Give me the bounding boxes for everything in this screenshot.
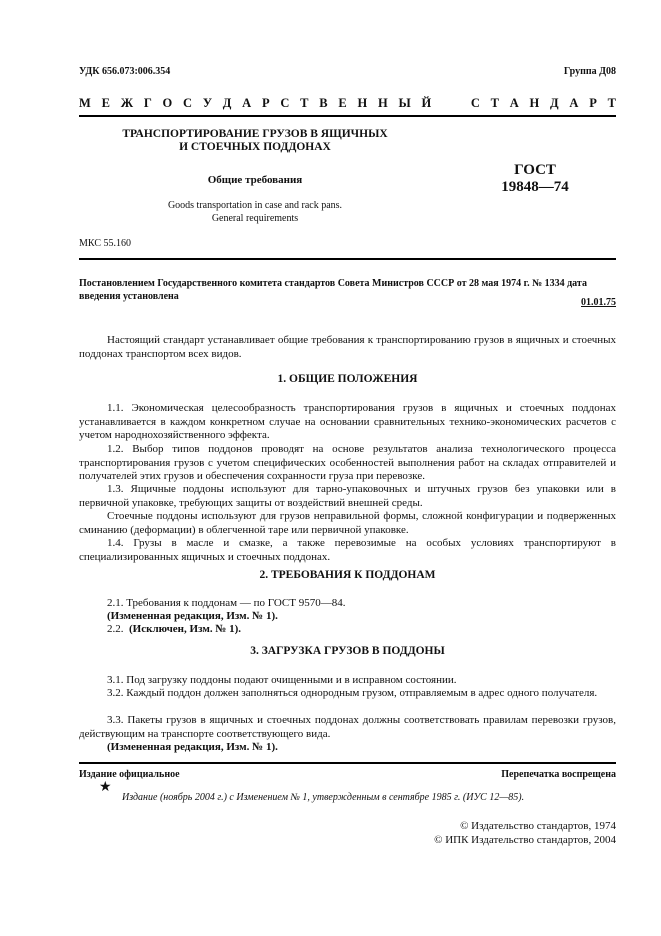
paragraph-1-2: 1.2. Выбор типов поддонов проводят на ос… bbox=[79, 443, 616, 484]
banner-letter: С bbox=[183, 96, 192, 111]
banner-letter: Й bbox=[422, 96, 432, 111]
paragraph-3-2: 3.2. Каждый поддон должен заполняться од… bbox=[79, 687, 616, 701]
footer-rule bbox=[79, 762, 616, 764]
official-edition-label: Издание официальное bbox=[79, 768, 180, 781]
paragraph-3-3: 3.3. Пакеты грузов в ящичных и стоечных … bbox=[79, 714, 616, 741]
paragraph-1-3-rack: Стоечные поддоны используют для грузов н… bbox=[79, 510, 616, 537]
banner-letter: А bbox=[242, 96, 251, 111]
title-line-1: ТРАНСПОРТИРОВАНИЕ ГРУЗОВ В ЯЩИЧНЫХ bbox=[100, 128, 410, 141]
banner-letter: Р bbox=[262, 96, 270, 111]
banner-letter: Ы bbox=[399, 96, 411, 111]
copyright-2004: © ИПК Издательство стандартов, 2004 bbox=[434, 834, 616, 848]
banner-letter: А bbox=[569, 96, 578, 111]
paragraph-1-1: 1.1. Экономическая целесообразность тран… bbox=[79, 402, 616, 443]
paragraph-2-2: 2.2. (Исключен, Изм. № 1). bbox=[107, 623, 616, 637]
banner-letter: О bbox=[163, 96, 173, 111]
banner-letter: Н bbox=[530, 96, 540, 111]
paragraph-2-1: 2.1. Требования к поддонам — по ГОСТ 957… bbox=[107, 597, 616, 611]
banner-letter: Т bbox=[491, 96, 499, 111]
udk-code: УДК 656.073:006.354 bbox=[79, 65, 170, 78]
banner-letter: Н bbox=[358, 96, 368, 111]
document-subtitle: Общие требования bbox=[100, 174, 410, 188]
document-title: ТРАНСПОРТИРОВАНИЕ ГРУЗОВ В ЯЩИЧНЫХ И СТО… bbox=[100, 128, 410, 154]
section-3-heading: 3. ЗАГРУЗКА ГРУЗОВ В ПОДДОНЫ bbox=[79, 645, 616, 657]
intro-paragraph: Настоящий стандарт устанавливает общие т… bbox=[79, 334, 616, 361]
banner-letter: Ж bbox=[121, 96, 133, 111]
group-code: Группа Д08 bbox=[564, 65, 616, 78]
banner-letter: Д bbox=[550, 96, 559, 111]
banner-letter: А bbox=[510, 96, 519, 111]
gost-number: 19848—74 bbox=[490, 179, 580, 196]
section-1-heading: 1. ОБЩИЕ ПОЛОЖЕНИЯ bbox=[79, 373, 616, 385]
paragraph-1-3: 1.3. Ящичные поддоны используют для тарн… bbox=[79, 483, 616, 510]
paragraph-1-4: 1.4. Грузы в масле и смазке, а также пер… bbox=[79, 537, 616, 564]
banner-letter: Д bbox=[223, 96, 232, 111]
banner-letter: Т bbox=[608, 96, 616, 111]
title-rule bbox=[79, 258, 616, 260]
banner-word-gap bbox=[442, 96, 460, 111]
decree-text: Постановлением Государственного комитета… bbox=[79, 277, 616, 303]
english-title-line-2: General requirements bbox=[100, 212, 410, 225]
introduction-date: 01.01.75 bbox=[581, 296, 616, 309]
banner-letter: Е bbox=[338, 96, 346, 111]
banner-letter: С bbox=[471, 96, 480, 111]
banner-letter: В bbox=[319, 96, 327, 111]
banner-letter: Р bbox=[589, 96, 597, 111]
section-2-heading: 2. ТРЕБОВАНИЯ К ПОДДОНАМ bbox=[79, 569, 616, 581]
gost-designation: ГОСТ 19848—74 bbox=[490, 162, 580, 196]
star-icon: ★ bbox=[99, 779, 112, 796]
banner-letter: Г bbox=[144, 96, 152, 111]
reprint-prohibited-label: Перепечатка воспрещена bbox=[501, 768, 616, 781]
title-line-2: И СТОЕЧНЫХ ПОДДОНАХ bbox=[100, 141, 410, 154]
amendment-note-3-3: (Измененная редакция, Изм. № 1). bbox=[79, 741, 616, 755]
mks-code: МКС 55.160 bbox=[79, 237, 131, 250]
banner-letter: С bbox=[280, 96, 289, 111]
english-title-line-1: Goods transportation in case and rack pa… bbox=[100, 199, 410, 212]
header-rule bbox=[79, 115, 616, 117]
banner-letter: М bbox=[79, 96, 91, 111]
edition-note: Издание (ноябрь 2004 г.) с Изменением № … bbox=[122, 792, 524, 803]
banner-letter: Т bbox=[300, 96, 308, 111]
paragraph-2-2-number: 2.2. bbox=[107, 623, 124, 635]
gost-label: ГОСТ bbox=[490, 162, 580, 179]
paragraph-3-1: 3.1. Под загрузку поддоны подают очищенн… bbox=[79, 674, 616, 688]
banner-letter: Е bbox=[102, 96, 110, 111]
english-title: Goods transportation in case and rack pa… bbox=[100, 199, 410, 225]
banner-letter: Н bbox=[378, 96, 388, 111]
paragraph-2-2-excluded: (Исключен, Изм. № 1). bbox=[129, 623, 241, 635]
interstate-standard-banner: МЕЖГОСУДАРСТВЕННЫЙСТАНДАРТ bbox=[79, 96, 616, 111]
banner-letter: У bbox=[203, 96, 212, 111]
amendment-note-2-1: (Измененная редакция, Изм. № 1). bbox=[107, 610, 616, 624]
copyright-1974: © Издательство стандартов, 1974 bbox=[460, 820, 616, 834]
